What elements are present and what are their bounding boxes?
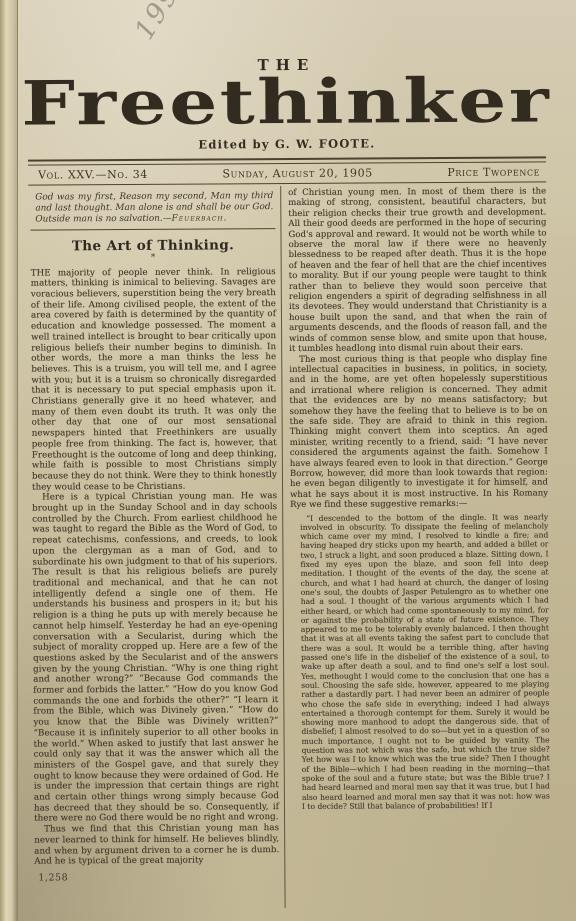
left-column: God was my first, Reason my second, Man … xyxy=(28,186,284,910)
masthead-title-wrap: Freethinker xyxy=(28,72,546,133)
motto-epigraph: God was my first, Reason my second, Man … xyxy=(30,191,275,226)
article-paragraph: of Christian young men. In most of them … xyxy=(288,186,547,354)
article-paragraph: The most curious thing is that people wh… xyxy=(289,353,548,511)
newspaper-page: THE Freethinker Edited by G. W. FOOTE. V… xyxy=(27,54,550,909)
handwritten-mark: 199 xyxy=(129,0,187,45)
borrow-block-quote: “I descended to the bottom of the dingle… xyxy=(290,512,550,811)
article-title: The Art of Thinking. xyxy=(31,237,276,254)
article-paragraph: THE majority of people never think. In r… xyxy=(31,267,277,493)
title-ornament: * xyxy=(31,254,276,262)
epigraph-text: God was my first, Reason my second, Man … xyxy=(35,191,273,225)
epigraph-rule xyxy=(30,228,275,230)
right-column: of Christian young men. In most of them … xyxy=(281,184,550,908)
scanned-page: 199 THE Freethinker Edited by G. W. FOOT… xyxy=(0,0,576,921)
article-paragraph: Thus we find that this Christian young m… xyxy=(34,823,279,867)
masthead-title: Freethinker xyxy=(22,72,552,133)
volume-number: Vol. XXV.—No. 34 xyxy=(38,168,148,182)
issue-date: Sunday, August 20, 1905 xyxy=(222,166,372,180)
page-number: 1,258 xyxy=(34,871,279,883)
issue-price: Price Twopence xyxy=(447,165,540,179)
article-paragraph: Here is a typical Christian young man. H… xyxy=(32,491,279,824)
masthead: THE Freethinker Edited by G. W. FOOTE. xyxy=(27,54,546,152)
binding-edge xyxy=(0,0,18,921)
epigraph-attribution: Feuerbach. xyxy=(172,214,228,224)
issue-line: Vol. XXV.—No. 34 Sunday, August 20, 1905… xyxy=(28,162,546,182)
article-columns: God was my first, Reason my second, Man … xyxy=(28,184,550,909)
